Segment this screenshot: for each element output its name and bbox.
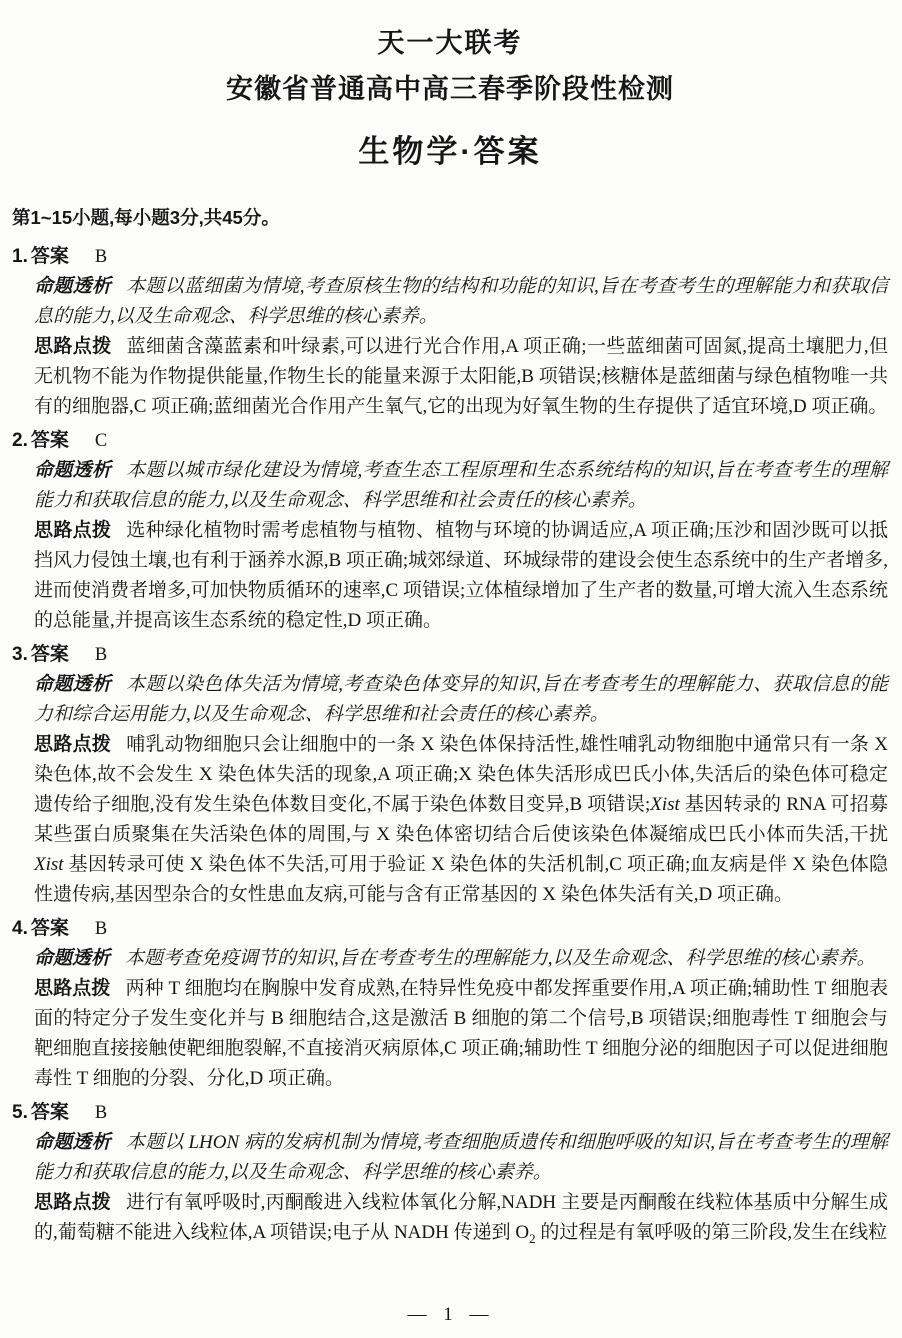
question-block: 5.答案B命题透析本题以 LHON 病的发病机制为情境,考查细胞质遗传和细胞呼吸… <box>12 1098 888 1254</box>
tips-paragraph: 思路点拨哺乳动物细胞只会让细胞中的一条 X 染色体保持活性,雄性哺乳动物细胞中通… <box>34 730 888 910</box>
analysis-text-run: 本题以 LHON 病的发病机制为情境,考查细胞质遗传和细胞呼吸的知识,旨在考查考… <box>34 1132 888 1183</box>
tips-text-run: 选种绿化植物时需考虑植物与植物、植物与环境的协调适应,A 项正确;压沙和固沙既可… <box>34 520 888 631</box>
answer-line: 5.答案B <box>12 1098 888 1128</box>
answer-letter: B <box>95 919 107 939</box>
question-number: 5. <box>12 1102 28 1123</box>
answer-label: 答案 <box>31 1102 69 1123</box>
answer-letter: B <box>95 645 107 665</box>
question-number: 1. <box>12 246 28 267</box>
tips-text-run: Xist <box>650 794 680 815</box>
question-block: 4.答案B命题透析本题考查免疫调节的知识,旨在考查考生的理解能力,以及生命观念、… <box>12 914 888 1094</box>
answer-label: 答案 <box>31 918 69 939</box>
question-block: 3.答案B命题透析本题以染色体失活为情境,考查染色体变异的知识,旨在考查考生的理… <box>12 640 888 910</box>
question-block: 1.答案B命题透析本题以蓝细菌为情境,考查原核生物的结构和功能的知识,旨在考查考… <box>12 242 888 422</box>
question-number: 4. <box>12 918 28 939</box>
tips-text-run: 蓝细菌含藻蓝素和叶绿素,可以进行光合作用,A 项正确;一些蓝细菌可固氮,提高土壤… <box>34 336 888 417</box>
analysis-paragraph: 命题透析本题以蓝细菌为情境,考查原核生物的结构和功能的知识,旨在考查考生的理解能… <box>34 272 888 332</box>
exam-series-title: 天一大联考 <box>12 26 888 60</box>
answer-line: 1.答案B <box>12 242 888 272</box>
answer-label: 答案 <box>31 246 69 267</box>
question-number: 2. <box>12 430 28 451</box>
tips-label: 思路点拨 <box>34 336 112 357</box>
question-block: 2.答案C命题透析本题以城市绿化建设为情境,考查生态工程原理和生态系统结构的知识… <box>12 426 888 636</box>
subject-answer-title: 生物学·答案 <box>12 132 888 172</box>
tips-label: 思路点拨 <box>34 1192 111 1213</box>
analysis-paragraph: 命题透析本题考查免疫调节的知识,旨在考查考生的理解能力,以及生命观念、科学思维的… <box>34 944 888 974</box>
document-page: 天一大联考 安徽省普通高中高三春季阶段性检测 生物学·答案 第1~15小题,每小… <box>0 0 902 1338</box>
answer-letter: B <box>95 247 107 267</box>
analysis-text-run: 本题以染色体失活为情境,考查染色体变异的知识,旨在考查考生的理解能力、获取信息的… <box>34 674 888 725</box>
page-number: — 1 — <box>0 1302 902 1328</box>
answer-letter: C <box>95 431 107 451</box>
analysis-text-run: 本题考查免疫调节的知识,旨在考查考生的理解能力,以及生命观念、科学思维的核心素养… <box>125 948 876 969</box>
analysis-text-run: 本题以蓝细菌为情境,考查原核生物的结构和功能的知识,旨在考查考生的理解能力和获取… <box>34 276 888 327</box>
exam-title: 安徽省普通高中高三春季阶段性检测 <box>12 72 888 106</box>
section-score-note: 第1~15小题,每小题3分,共45分。 <box>12 204 888 232</box>
tips-text-run: 两种 T 细胞均在胸腺中发育成熟,在特异性免疫中都发挥重要作用,A 项正确;辅助… <box>34 978 888 1089</box>
answers-list: 1.答案B命题透析本题以蓝细菌为情境,考查原核生物的结构和功能的知识,旨在考查考… <box>12 242 888 1254</box>
tips-paragraph: 思路点拨选种绿化植物时需考虑植物与植物、植物与环境的协调适应,A 项正确;压沙和… <box>34 516 888 636</box>
tips-paragraph: 思路点拨进行有氧呼吸时,丙酮酸进入线粒体氧化分解,NADH 主要是丙酮酸在线粒体… <box>34 1188 888 1254</box>
analysis-label: 命题透析 <box>34 674 111 695</box>
tips-label: 思路点拨 <box>34 520 111 541</box>
analysis-paragraph: 命题透析本题以城市绿化建设为情境,考查生态工程原理和生态系统结构的知识,旨在考查… <box>34 456 888 516</box>
answer-line: 4.答案B <box>12 914 888 944</box>
tips-label: 思路点拨 <box>34 978 110 999</box>
analysis-label: 命题透析 <box>34 1132 111 1153</box>
question-number: 3. <box>12 644 28 665</box>
answer-letter: B <box>95 1103 107 1123</box>
analysis-label: 命题透析 <box>34 948 110 969</box>
answer-label: 答案 <box>31 430 69 451</box>
analysis-label: 命题透析 <box>34 276 111 297</box>
analysis-text-run: 本题以城市绿化建设为情境,考查生态工程原理和生态系统结构的知识,旨在考查考生的理… <box>34 460 888 511</box>
tips-text-run: 的过程是有氧呼吸的第三阶段,发生在线粒 <box>536 1222 888 1243</box>
tips-text-run: 基因转录可使 X 染色体不失活,可用于验证 X 染色体的失活机制,C 项正确;血… <box>34 854 888 905</box>
analysis-paragraph: 命题透析本题以染色体失活为情境,考查染色体变异的知识,旨在考查考生的理解能力、获… <box>34 670 888 730</box>
answer-label: 答案 <box>31 644 69 665</box>
analysis-label: 命题透析 <box>34 460 111 481</box>
answer-line: 3.答案B <box>12 640 888 670</box>
tips-paragraph: 思路点拨两种 T 细胞均在胸腺中发育成熟,在特异性免疫中都发挥重要作用,A 项正… <box>34 974 888 1094</box>
answer-line: 2.答案C <box>12 426 888 456</box>
tips-label: 思路点拨 <box>34 734 111 755</box>
tips-text-run: Xist <box>34 854 64 875</box>
tips-paragraph: 思路点拨蓝细菌含藻蓝素和叶绿素,可以进行光合作用,A 项正确;一些蓝细菌可固氮,… <box>34 332 888 422</box>
analysis-paragraph: 命题透析本题以 LHON 病的发病机制为情境,考查细胞质遗传和细胞呼吸的知识,旨… <box>34 1128 888 1188</box>
